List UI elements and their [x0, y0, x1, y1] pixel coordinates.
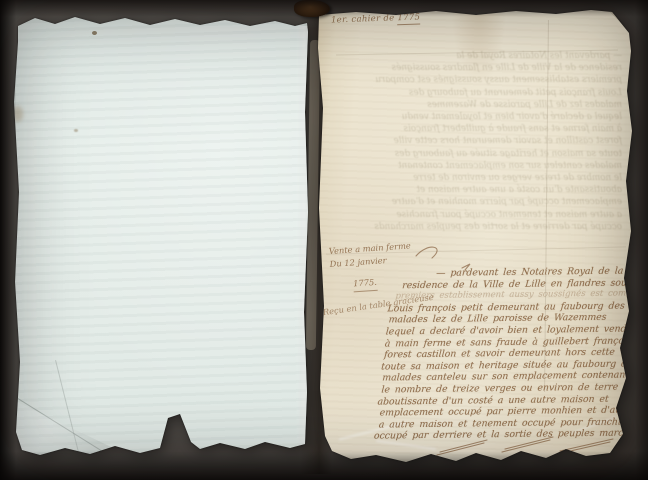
- ghost-line: premiers establissement aussy soussignés…: [330, 74, 622, 86]
- ghost-line: lequel a declaré d'avoir bien et loyalem…: [330, 111, 622, 123]
- stain-spot: [12, 106, 23, 122]
- closing-stroke: [560, 439, 613, 451]
- left-page-paper: [10, 12, 312, 456]
- ghost-line: — pardevant les Notaires Royal de la: [330, 50, 622, 62]
- closing-stroke: [557, 442, 610, 454]
- ghost-line: toute sa maison et heritage située au fa…: [330, 148, 622, 160]
- closing-stroke: [440, 440, 487, 452]
- scanned-manuscript-spread: 1er. cahier de 1775 2 — pardevant les No…: [0, 0, 648, 480]
- ghost-line: malades lez de Lille paroisse de Wazemme…: [330, 99, 622, 111]
- right-page-paper: 1er. cahier de 1775 2 — pardevant les No…: [316, 6, 642, 472]
- manuscript-text-block: — pardevant les Notaires Royal de laresi…: [377, 265, 630, 442]
- ghost-line: à main ferme et sans fraude à guillebert…: [330, 123, 622, 135]
- ghost-line: emplacement occupé par pierre monhien et…: [330, 196, 622, 208]
- left-page: [10, 12, 312, 456]
- page-number: 2: [623, 13, 628, 22]
- header-prefix: 1er. cahier de: [331, 13, 398, 25]
- right-page: 1er. cahier de 1775 2 — pardevant les No…: [316, 6, 642, 472]
- ghost-line: Louis françois petit demeurant au faubou…: [330, 87, 622, 99]
- stain-spot: [74, 129, 78, 132]
- dog-ear-corner: [608, 10, 634, 36]
- margin-note-year: 1775.: [353, 276, 378, 293]
- ghost-line: malades canteleu sur son emplacement con…: [330, 160, 622, 172]
- ghost-line: aboutissante d'un costé a une autre mais…: [330, 184, 622, 196]
- ghost-line: a autre maison et tenement occupé pour f…: [330, 209, 622, 221]
- ghost-line: residence de la Ville de Lille en flandr…: [330, 62, 622, 74]
- binding-knot: [294, 0, 330, 17]
- header-year: 1775: [397, 12, 420, 25]
- manuscript-line: occupé par derriere et la sortie des peu…: [373, 428, 618, 443]
- ghost-line: occupé par derriere et la sortie des peu…: [330, 221, 622, 233]
- closing-stroke: [437, 443, 484, 455]
- torn-edge-curl: [296, 26, 310, 446]
- ghost-line: forest castillon et savoir demeurant hor…: [330, 135, 622, 147]
- stain-spot: [92, 31, 97, 35]
- ghost-line: le nombre de treize verges ou environ de…: [330, 172, 622, 184]
- header-inscription: 1er. cahier de 1775: [331, 12, 421, 25]
- ghost-bleedthrough-text: — pardevant les Notaires Royal de laresi…: [330, 50, 622, 264]
- closing-stroke: [502, 440, 550, 452]
